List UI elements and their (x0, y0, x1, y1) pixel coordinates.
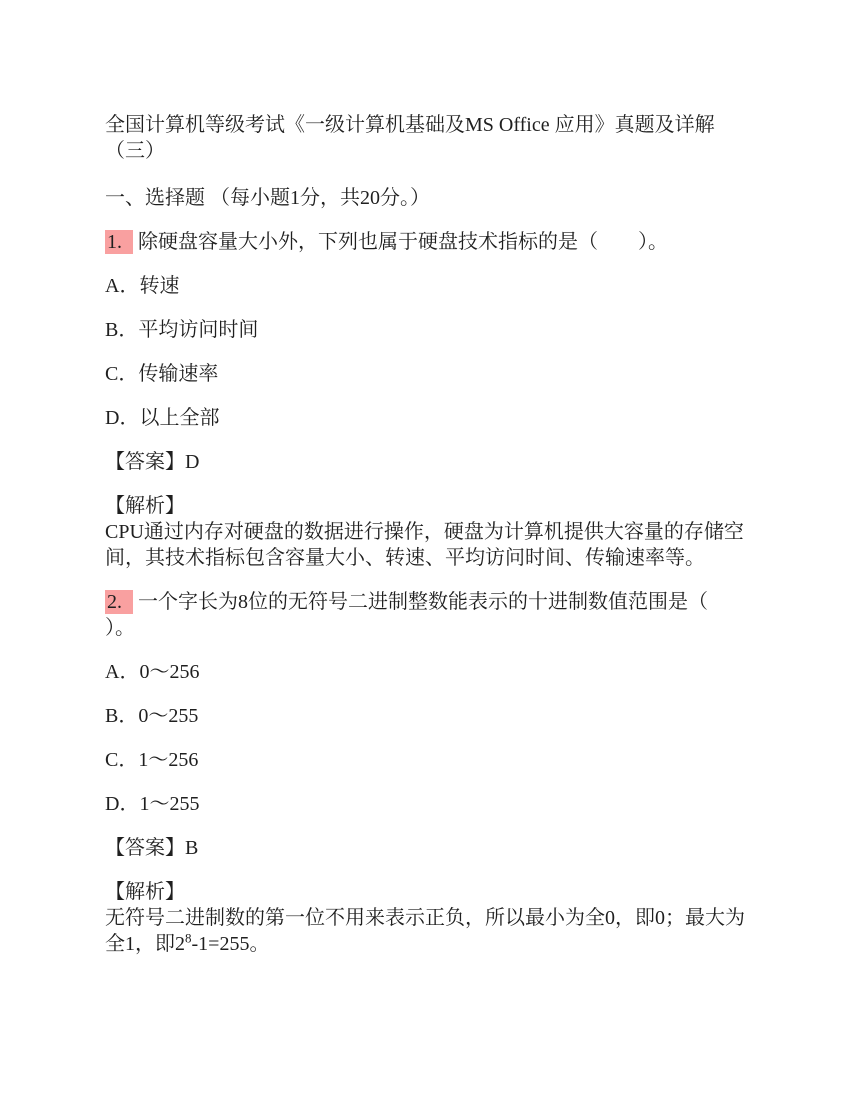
question-2-option-b: B．0～255 (105, 703, 745, 729)
question-1-option-b: B．平均访问时间 (105, 317, 745, 343)
question-2-number-highlight: 2. (105, 590, 133, 614)
document-page: 全国计算机等级考试《一级计算机基础及MS Office 应用》真题及详解（三） … (0, 0, 850, 1100)
question-2-answer-label: 【答案】 (105, 837, 185, 859)
question-1-analysis-text: CPU通过内存对硬盘的数据进行操作，硬盘为计算机提供大容量的存储空间，其技术指标… (105, 521, 744, 569)
question-1-stem-text: 除硬盘容量大小外，下列也属于硬盘技术指标的是（ ）。 (138, 231, 668, 253)
question-1-number-highlight: 1. (105, 230, 133, 254)
question-2-answer-line: 【答案】B (105, 835, 745, 861)
question-1-option-d: D．以上全部 (105, 405, 745, 431)
question-2-option-a: A．0～256 (105, 659, 745, 685)
question-2-analysis-text-post: -1=255。 (192, 933, 270, 955)
section-header: 一、选择题 （每小题1分，共20分。） (105, 185, 745, 211)
question-1-option-c: C．传输速率 (105, 361, 745, 387)
document-content: 全国计算机等级考试《一级计算机基础及MS Office 应用》真题及详解（三） … (105, 112, 745, 957)
question-2-analysis-block: 【解析】无符号二进制数的第一位不用来表示正负，所以最小为全0，即0；最大为全1，… (105, 879, 745, 957)
question-1-answer-label: 【答案】 (105, 451, 185, 473)
question-1-analysis-block: 【解析】CPU通过内存对硬盘的数据进行操作，硬盘为计算机提供大容量的存储空间，其… (105, 493, 745, 571)
document-title: 全国计算机等级考试《一级计算机基础及MS Office 应用》真题及详解（三） (105, 112, 745, 164)
question-1-stem: 1.除硬盘容量大小外，下列也属于硬盘技术指标的是（ ）。 (105, 229, 745, 255)
question-2-answer-value: B (185, 837, 198, 859)
question-2-stem: 2.一个字长为8位的无符号二进制整数能表示的十进制数值范围是（ ）。 (105, 589, 745, 641)
question-1-option-a: A．转速 (105, 273, 745, 299)
question-2-stem-text: 一个字长为8位的无符号二进制整数能表示的十进制数值范围是（ ）。 (105, 591, 748, 639)
question-1-answer-line: 【答案】D (105, 449, 745, 475)
question-1-analysis-label: 【解析】 (105, 493, 745, 519)
question-2-option-d: D．1～255 (105, 791, 745, 817)
question-2-analysis-label: 【解析】 (105, 879, 745, 905)
question-1-answer-value: D (185, 451, 199, 473)
question-2-option-c: C．1～256 (105, 747, 745, 773)
